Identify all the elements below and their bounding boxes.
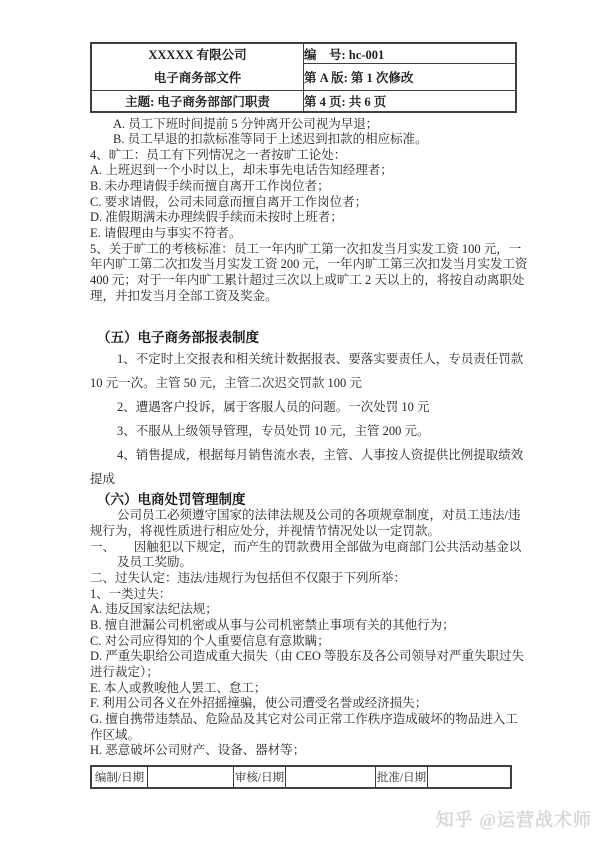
body-line: B. 擅自泄漏公司机密或从事与公司机密禁止事项有关的其他行为；: [90, 618, 512, 634]
body-line: 1、不定时上交报表和相关统计数据报表、要落实要责任人，专员责任罚款: [90, 347, 512, 371]
body-line: A. 违反国家法纪法规；: [90, 602, 512, 618]
header-left-cell: XXXXX 有限公司 电子商务部文件: [91, 43, 304, 91]
body-line: A. 员工下班时间提前 5 分钟离开公司视为早退；: [90, 117, 512, 133]
body-line: 进行裁定）；: [90, 665, 512, 681]
body-line: 10 元一次。主管 50 元，主管二次迟交罚款 100 元: [90, 371, 512, 395]
subject: 主题: 电子商务部部门职责: [91, 91, 304, 112]
body-line: G. 擅自携带违禁品、危险品及其它对公司正常工作秩序造成破坏的物品进入工: [90, 712, 512, 728]
body-line: B. 未办理请假手续而擅自离开工作岗位者；: [90, 179, 512, 195]
body-line: 二、过失认定：违法/违规行为包括但不仅限于下列所举：: [90, 571, 512, 587]
body-line: 4、销售提成，根据每月销售流水表，主管、人事按人资提供比例提取绩效: [90, 443, 512, 467]
body-line: 规行为，将视性质进行相应处分，并视情节情况处以一定罚款。: [90, 524, 512, 540]
body-line: 公司员工必须遵守国家的法律法规及公司的各项规章制度，对员工违法/违: [90, 508, 512, 524]
version-info: 第 A 版: 第 1 次修改: [304, 64, 517, 91]
document-page: XXXXX 有限公司 电子商务部文件 编 号: hc-001 第 A 版: 第 …: [0, 0, 600, 849]
body-line: B. 员工早退的扣款标准等同于上述迟到扣款的相应标准。: [90, 132, 512, 148]
body-line: 提成: [90, 467, 512, 491]
body-line: 一、 因触犯以下规定，而产生的罚款费用全部做为电商部门公共活动基金以: [90, 540, 512, 556]
body-line: 2、遭遇客户投诉，属于客服人员的问题。一次处罚 10 元: [90, 395, 512, 419]
body-line: 3、不服从上级领导管理，专员处罚 10 元，主管 200 元。: [90, 419, 512, 443]
body-line: 4、旷工：员工有下列情况之一者按旷工论处：: [90, 148, 512, 164]
section-heading: （六）电商处罚管理制度: [90, 491, 512, 508]
body-line: 5、关于旷工的考核标准：员工一年内旷工第一次扣发当月实发工资 100 元，一: [90, 242, 512, 258]
footer-table: 编制/日期审核/日期批准/日期: [90, 765, 512, 789]
body-line: 年内旷工第二次扣发当月实发工资 200 元，一年内旷工第三次扣发当月实发工资: [90, 257, 512, 273]
body-line: H. 恶意破坏公司财产、设备、器材等；: [90, 743, 512, 759]
body-line: 理，并扣发当月全部工资及奖金。: [90, 289, 512, 305]
footer-value-cell: [285, 767, 375, 787]
body-line: C. 对公司应得知的个人重要信息有意欺瞒；: [90, 634, 512, 650]
body-line: A. 上班迟到一个小时以上，却未事先电话告知经理者；: [90, 163, 512, 179]
page-number: 第 4 页: 共 6 页: [304, 91, 517, 112]
watermark: 知乎 @运营战术师: [436, 806, 592, 832]
document-type: 电子商务部文件: [92, 67, 303, 90]
body-line: 1、一类过失：: [90, 587, 512, 603]
footer-value-cell: [427, 767, 510, 787]
footer-label-cell: 批准/日期: [375, 767, 427, 787]
body-line: D. 严重失职给公司造成重大损失（由 CEO 等股东及各公司领导对严重失职过失: [90, 649, 512, 665]
body-line: E. 请假理由与事实不符者。: [90, 226, 512, 242]
body-section: 公司员工必须遵守国家的法律法规及公司的各项规章制度，对员工违法/违规行为，将视性…: [90, 508, 512, 759]
body-line: E. 本人或教唆他人罢工、怠工；: [90, 681, 512, 697]
header-table: XXXXX 有限公司 电子商务部文件 编 号: hc-001 第 A 版: 第 …: [90, 42, 517, 113]
document-body: A. 员工下班时间提前 5 分钟离开公司视为早退；B. 员工早退的扣款标准等同于…: [90, 117, 512, 759]
doc-number: 编 号: hc-001: [304, 43, 517, 64]
body-line: 作区域。: [90, 728, 512, 744]
body-line: D. 准假期满未办理续假手续而未按时上班者；: [90, 210, 512, 226]
body-section: 1、不定时上交报表和相关统计数据报表、要落实要责任人，专员责任罚款10 元一次。…: [90, 347, 512, 491]
footer-label-cell: 审核/日期: [233, 767, 285, 787]
body-line: F. 利用公司各义在外招摇撞骗，使公司遭受名誉或经济损失；: [90, 696, 512, 712]
company-name: XXXXX 有限公司: [92, 44, 303, 67]
footer-value-cell: [147, 767, 233, 787]
body-line: 400 元；对于一年内旷工累计超过三次以上或旷工 2 天以上的，将按自动离职处: [90, 273, 512, 289]
footer-label-cell: 编制/日期: [92, 767, 147, 787]
body-section: A. 员工下班时间提前 5 分钟离开公司视为早退；B. 员工早退的扣款标准等同于…: [90, 117, 512, 305]
body-line: C. 要求请假，公司未同意而擅自离开工作岗位者；: [90, 195, 512, 211]
section-heading: （五）电子商务部报表制度: [90, 329, 512, 347]
document-content: XXXXX 有限公司 电子商务部文件 编 号: hc-001 第 A 版: 第 …: [90, 42, 512, 759]
body-line: 及员工奖励。: [90, 555, 512, 571]
